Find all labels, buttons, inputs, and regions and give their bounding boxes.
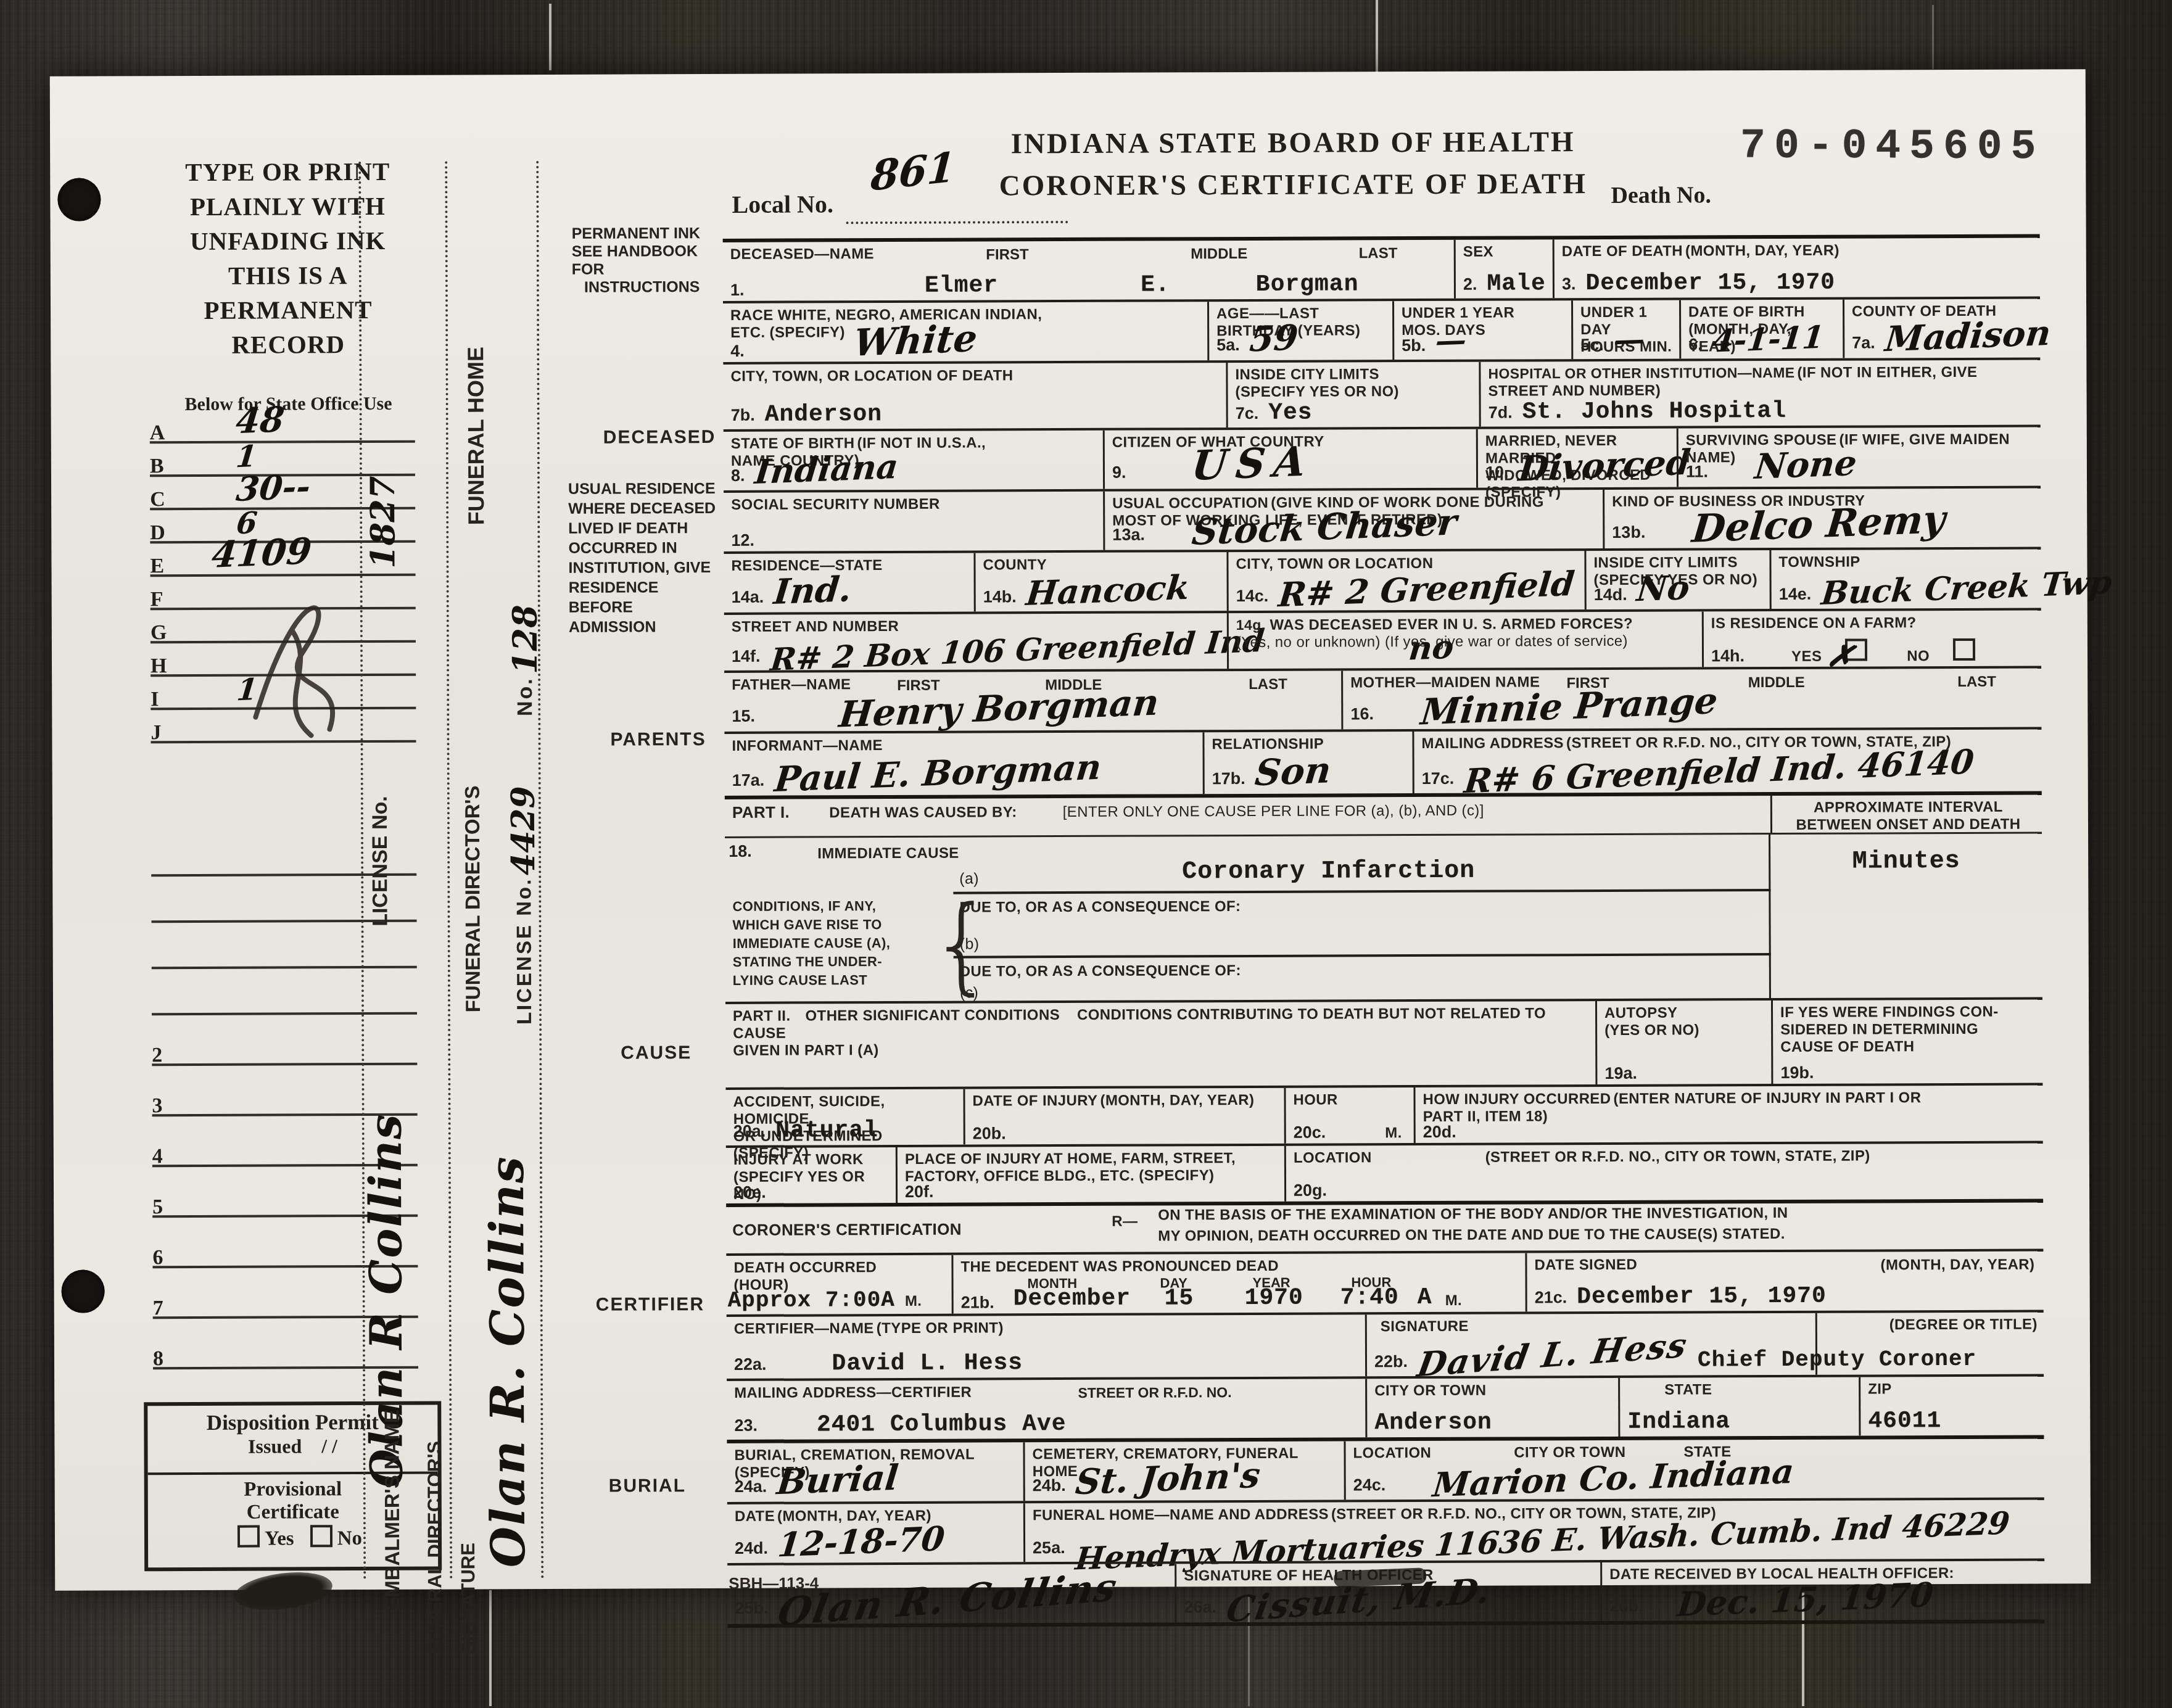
issued-slashes: / / — [321, 1435, 337, 1457]
field-age: AGE——LAST BIRTHDAY (YEARS) 5a.59 — [1207, 301, 1392, 360]
under-1-year-value: — — [1434, 321, 1468, 359]
residence-county-value: Hancock — [1025, 567, 1192, 613]
field-burial-location: LOCATION CITY OR TOWN STATE 24c.Marion C… — [1344, 1438, 2044, 1500]
field-number: 22a. — [734, 1355, 767, 1374]
field-number: 3. — [1562, 274, 1576, 294]
field-number: 2. — [1463, 275, 1477, 294]
injury-location-sublabel: (STREET OR R.F.D. NO., CITY OR TOWN, STA… — [1485, 1147, 1870, 1165]
part2-section: PART II. OTHER SIGNIFICANT CONDITIONS CO… — [725, 1001, 1595, 1087]
field-number: 7c. — [1236, 404, 1259, 423]
due-to-label: DUE TO, OR AS A CONSEQUENCE OF: — [960, 962, 1241, 980]
field-number: 24b. — [1033, 1476, 1066, 1495]
age-value: 59 — [1247, 317, 1300, 360]
row-part2-autopsy: PART II. OTHER SIGNIFICANT CONDITIONS CO… — [725, 997, 2042, 1087]
signature-label: SIGNATURE — [1381, 1318, 1469, 1335]
field-number: 5c. — [1580, 336, 1604, 355]
field-date-of-injury: DATE OF INJURY (MONTH, DAY, YEAR) 20b. — [963, 1088, 1284, 1145]
mailing-address-certifier-label: MAILING ADDRESS—CERTIFIER — [734, 1384, 972, 1401]
field-number: 14h. — [1711, 646, 1745, 666]
certifier-name-sublabel: (TYPE OR PRINT) — [877, 1319, 1004, 1337]
interval-label-line2: BETWEEN ONSET AND DEATH — [1796, 815, 2020, 833]
row-number: 3 — [152, 1094, 162, 1118]
immediate-cause-value: Coronary Infarction — [1182, 857, 1475, 886]
row-certifier-address: MAILING ADDRESS—CERTIFIER STREET OR R.F.… — [727, 1374, 2044, 1439]
field-number: 7d. — [1489, 403, 1513, 422]
field-number: 17b. — [1212, 769, 1245, 788]
cause-line-a: (a) Coronary Infarction — [953, 835, 1770, 894]
field-deceased-name: DECEASED—NAME FIRST MIDDLE LAST 1. Elmer… — [723, 240, 1454, 301]
funeral-director-license-value: 4429 — [505, 786, 543, 875]
field-armed-forces: 14g. WAS DECEASED EVER IN U. S. ARMED FO… — [1227, 611, 1702, 669]
funeral-director-signature-value: Olan R. Collins — [775, 1564, 1121, 1635]
degree-or-title-label: (DEGREE OR TITLE) — [1889, 1316, 2038, 1334]
usual-residence-line: WHERE DECEASED — [568, 498, 725, 519]
death-occurred-value: Approx 7:00A — [728, 1287, 895, 1313]
punch-hole — [57, 178, 101, 221]
row-burial-date-funeral-home: DATE (MONTH, DAY, YEAR) 24d.12-18-70 FUN… — [727, 1497, 2044, 1562]
yes-checkbox — [237, 1525, 260, 1548]
industry-value: Delco Remy — [1690, 497, 1947, 551]
residence-city-limits-value: No — [1635, 567, 1691, 609]
informant-address-label: MAILING ADDRESS — [1421, 735, 1564, 752]
residence-city-value: R# 2 Greenfield — [1276, 564, 1576, 615]
caused-by-label: DEATH WAS CAUSED BY: — [829, 804, 1017, 821]
row-burial: BURIAL, CREMATION, REMOVAL (SPECIFY) 24a… — [727, 1435, 2044, 1501]
dotted-divider — [445, 162, 452, 1580]
manner-value: Natural — [775, 1117, 878, 1144]
field-number: 7b. — [731, 406, 755, 425]
field-place-of-injury: PLACE OF INJURY AT HOME, FARM, STREET, F… — [896, 1146, 1284, 1203]
row-deceased-name: DECEASED—NAME FIRST MIDDLE LAST 1. Elmer… — [723, 238, 2040, 301]
field-residence-city-limits: INSIDE CITY LIMITS (SPECIFY YES OR NO) 1… — [1584, 550, 1769, 609]
field-street-number: STREET AND NUMBER 14f.R# 2 Box 106 Green… — [724, 613, 1227, 670]
permanent-ink-note: PERMANENT INK SEE HANDBOOK FOR INSTRUCTI… — [572, 225, 732, 297]
film-scratch — [489, 1590, 492, 1706]
autopsy-sublabel: (YES OR NO) — [1604, 1021, 1699, 1039]
field-state-of-birth: STATE OF BIRTH (IF NOT IN U.S.A., NAME C… — [724, 431, 1103, 490]
state-of-birth-value: Indiana — [753, 447, 899, 492]
field-race: RACE WHITE, NEGRO, AMERICAN INDIAN, ETC.… — [723, 302, 1207, 362]
pronounced-ampm: A — [1418, 1284, 1432, 1311]
field-number: 19a. — [1604, 1064, 1637, 1083]
field-under-1-day: UNDER 1 DAY HOURS MIN. 5c.— — [1571, 300, 1679, 360]
form-number: SBH—113-4 — [729, 1574, 819, 1593]
part2-label: PART II. — [733, 1008, 791, 1025]
field-informant-name: INFORMANT—NAME 17a.Paul E. Borgman — [724, 732, 1202, 796]
row-informant: INFORMANT—NAME 17a.Paul E. Borgman RELAT… — [724, 727, 2041, 796]
usual-residence-line: USUAL RESIDENCE — [568, 479, 725, 499]
usual-residence-line: LIVED IF DEATH — [568, 518, 725, 538]
field-city-of-death: CITY, TOWN, OR LOCATION OF DEATH 7b.Ande… — [723, 363, 1226, 429]
mother-name-value: Minnie Prange — [1419, 680, 1720, 733]
field-autopsy-findings: IF YES WERE FINDINGS CON- SIDERED IN DET… — [1771, 1000, 2042, 1084]
due-to-label: DUE TO, OR AS A CONSEQUENCE OF: — [959, 898, 1241, 916]
field-mother-name: MOTHER—MAIDEN NAME FIRST MIDDLE LAST 16.… — [1341, 669, 2041, 730]
form-title-line2: CORONER'S CERTIFICATE OF DEATH — [883, 167, 1703, 203]
farm-no-label: NO — [1907, 648, 1930, 665]
field-cemetery: CEMETERY, CREMATORY, FUNERAL HOME 24b.St… — [1023, 1441, 1344, 1501]
certifier-zip-value: 46011 — [1868, 1408, 1941, 1434]
a-label: (a) — [959, 870, 979, 888]
pronounced-day: 15 — [1165, 1285, 1194, 1311]
film-scratch — [549, 4, 551, 70]
sex-value: Male — [1487, 270, 1545, 297]
autopsy-label: AUTOPSY — [1604, 1005, 1677, 1021]
ink-instructions: TYPE OR PRINT PLAINLY WITH UNFADING INK … — [142, 154, 433, 363]
funeral-director-signature: Olan R. Collins — [479, 932, 536, 1567]
certification-text1: ON THE BASIS OF THE EXAMINATION OF THE B… — [1158, 1205, 1788, 1224]
row-manner-of-death: ACCIDENT, SUICIDE, HOMICIDE, OR UNDETERM… — [725, 1083, 2042, 1145]
field-number: 14e. — [1779, 585, 1812, 604]
date-signed-value: December 15, 1970 — [1577, 1283, 1827, 1310]
residence-state-value: Ind. — [772, 569, 853, 613]
date-signed-label: DATE SIGNED — [1534, 1256, 1637, 1274]
field-citizen-country: CITIZEN OF WHAT COUNTRY 9.USA — [1103, 429, 1476, 489]
no-label: No — [337, 1527, 362, 1549]
conditions-line: CONDITIONS, IF ANY, — [732, 897, 936, 916]
street-header: STREET OR R.F.D. NO. — [1078, 1384, 1231, 1401]
field-autopsy: AUTOPSY (YES OR NO) 19a. — [1595, 1000, 1771, 1084]
coroner-certification: CORONER'S CERTIFICATION R— ON THE BASIS … — [726, 1202, 2043, 1253]
field-number: 5a. — [1216, 336, 1240, 355]
city-or-town-header: CITY OR TOWN — [1374, 1382, 1486, 1400]
field-number: 24a. — [735, 1477, 767, 1496]
funeral-home-label: FUNERAL HOME — [463, 260, 490, 525]
field-number: 14d. — [1594, 585, 1627, 604]
date-signed-sublabel: (MONTH, DAY, YEAR) — [1881, 1256, 2035, 1274]
how-injury-sublabel: (ENTER NATURE OF INJURY IN PART I OR — [1613, 1089, 1921, 1107]
row-number: 6 — [152, 1246, 163, 1269]
pronounced-month: December — [1014, 1285, 1131, 1313]
field-number: 20g. — [1294, 1181, 1327, 1200]
death-no-stamp: 70-045605 — [1740, 122, 2045, 171]
row-value: 30-- — [234, 466, 312, 509]
farm-no-checkbox — [1953, 638, 1975, 661]
funeral-home-name-label: FUNERAL HOME—NAME AND ADDRESS — [1033, 1506, 1329, 1524]
place-of-injury-sublabel: AT HOME, FARM, STREET, — [1044, 1150, 1236, 1167]
field-number: 4. — [730, 342, 745, 361]
field-number: 21c. — [1535, 1288, 1567, 1307]
field-number: 14b. — [983, 587, 1017, 606]
row-cause-block: 18. IMMEDIATE CAUSE CONDITIONS, IF ANY, … — [725, 832, 2042, 1002]
issued-label: Issued — [248, 1435, 302, 1457]
informant-name-value: Paul E. Borgman — [772, 746, 1103, 800]
field-burial-date: DATE (MONTH, DAY, YEAR) 24d.12-18-70 — [727, 1503, 1023, 1563]
field-occupation: USUAL OCCUPATION (GIVE KIND OF WORK DONE… — [1103, 490, 1603, 550]
hour-label: HOUR — [1293, 1091, 1337, 1108]
field-number: 20e. — [733, 1183, 766, 1202]
row-residence: RESIDENCE—STATE 14a.Ind. COUNTY 14b.Hanc… — [724, 547, 2041, 613]
burial-location-value: Marion Co. Indiana — [1431, 1451, 1796, 1505]
conditions-line: STATING THE UNDER- — [733, 952, 936, 972]
burial-type-value: Burial — [775, 1457, 900, 1503]
burial-date-value: 12-18-70 — [776, 1519, 947, 1565]
certifier-title-value: Chief Deputy Coroner — [1698, 1347, 1976, 1373]
field-manner: ACCIDENT, SUICIDE, HOMICIDE, OR UNDETERM… — [725, 1089, 963, 1145]
findings-line: IF YES WERE FINDINGS CON- — [1780, 1004, 1999, 1021]
instruction-line: PERMANENT — [143, 292, 433, 328]
certification-label: CORONER'S CERTIFICATION — [732, 1220, 962, 1239]
row-letter: J — [151, 721, 161, 745]
field-injury-at-work: INJURY AT WORK (SPECIFY YES OR NO) 20e. — [726, 1147, 896, 1203]
pronounced-dead-label: THE DECEDENT WAS PRONOUNCED DEAD — [960, 1258, 1279, 1276]
field-number: 24d. — [735, 1539, 768, 1558]
field-number: 20b. — [973, 1124, 1006, 1143]
marital-value: Divorced — [1516, 442, 1692, 489]
field-date-received: DATE RECEIVED BY LOCAL HEALTH OFFICER: 2… — [1600, 1561, 2044, 1621]
informant-name-label: INFORMANT—NAME — [732, 737, 882, 754]
field-funeral-home: FUNERAL HOME—NAME AND ADDRESS (STREET OR… — [1023, 1500, 2044, 1562]
embalmer-license-number-label: LICENSE No. — [368, 575, 393, 926]
conditions-line: WHICH GAVE RISE TO — [732, 915, 936, 934]
armed-forces-value: no — [1407, 628, 1456, 667]
embalmer-license-number-value: 1827 — [362, 384, 402, 569]
film-scan-background: TYPE OR PRINT PLAINLY WITH UNFADING INK … — [0, 0, 2172, 1708]
death-no-label: Death No. — [1611, 181, 1711, 209]
section-label-cause: CAUSE — [621, 1042, 692, 1063]
field-number: 7a. — [1852, 333, 1875, 352]
citizen-value: USA — [1189, 437, 1316, 490]
section-label-usual-residence: USUAL RESIDENCE WHERE DECEASED LIVED IF … — [568, 479, 726, 637]
deceased-name-value: 1. Elmer E. Borgman — [730, 278, 1450, 300]
field-number: 17a. — [732, 771, 765, 790]
section-label-certifier: CERTIFIER — [596, 1294, 704, 1316]
m-label: M. — [1445, 1292, 1463, 1310]
funeral-director-signature-label1: FUNERAL DIRECTOR'S — [423, 1364, 447, 1654]
race-value: White — [852, 317, 980, 365]
field-injury-location: LOCATION (STREET OR R.F.D. NO., CITY OR … — [1284, 1143, 2043, 1201]
field-number: 18. — [729, 842, 752, 861]
certifier-name-label: CERTIFIER—NAME — [734, 1320, 874, 1337]
spouse-value: None — [1753, 443, 1859, 488]
township-label: TOWNSHIP — [1778, 554, 1860, 571]
field-number: 16. — [1350, 704, 1374, 724]
section-label-parents: PARENTS — [610, 729, 706, 751]
part1-label: PART I. — [732, 803, 790, 822]
conditions-line: IMMEDIATE CAUSE (A), — [733, 934, 936, 953]
field-how-injury-occurred: HOW INJURY OCCURRED (ENTER NATURE OF INJ… — [1413, 1085, 2042, 1143]
field-number: 25a. — [1033, 1538, 1065, 1557]
field-township: TOWNSHIP 14e.Buck Creek Twp — [1769, 550, 2041, 609]
no-checkbox — [310, 1525, 332, 1547]
field-number: 14c. — [1236, 587, 1269, 606]
field-county-of-death: COUNTY OF DEATH 7a.Madison — [1843, 299, 2040, 358]
cause-line-c: DUE TO, OR AS A CONSEQUENCE OF: (c) — [954, 955, 1771, 1004]
row-number: 4 — [152, 1145, 163, 1168]
permanent-ink-line: SEE HANDBOOK FOR — [572, 242, 732, 279]
row-place-of-death: CITY, TOWN, OR LOCATION OF DEATH 7b.Ande… — [723, 358, 2040, 429]
row-number: 5 — [152, 1195, 163, 1219]
immediate-cause-label: IMMEDIATE CAUSE — [817, 845, 959, 863]
city-of-death-label: CITY, TOWN, OR LOCATION OF DEATH — [730, 367, 1013, 385]
other-conditions-label: OTHER SIGNIFICANT CONDITIONS — [805, 1007, 1060, 1024]
given-in-part1-label: GIVEN IN PART I (A) — [733, 1042, 879, 1059]
ink-scribble — [236, 556, 373, 742]
last-header: LAST — [1359, 245, 1398, 262]
certification-r: R— — [1112, 1213, 1138, 1231]
cemetery-value: St. John's — [1073, 1455, 1262, 1503]
date-of-birth-label: DATE OF BIRTH — [1688, 303, 1805, 321]
row-number: 8 — [153, 1347, 163, 1371]
field-residence-city: CITY, TOWN OR LOCATION 14c.R# 2 Greenfie… — [1226, 551, 1584, 611]
cause-left-column: 18. IMMEDIATE CAUSE CONDITIONS, IF ANY, … — [725, 838, 954, 1002]
certifier-state-value: Indiana — [1627, 1408, 1730, 1435]
field-health-officer-signature: SIGNATURE OF HEALTH OFFICER 26a.Cissuit,… — [1175, 1562, 1600, 1622]
row-part1-header: PART I. DEATH WAS CAUSED BY: [ENTER ONLY… — [725, 791, 2042, 836]
certifier-city-value: Anderson — [1374, 1409, 1492, 1437]
field-funeral-director-signature: 25b.Olan R. Collins — [727, 1564, 1175, 1624]
under-1-day-value: — — [1612, 321, 1646, 358]
instruction-line: PLAINLY WITH — [142, 189, 432, 225]
film-scratch — [1376, 0, 1378, 73]
race-sublabel: ETC. (SPECIFY) — [730, 324, 845, 341]
local-no-label: Local No. — [732, 189, 833, 219]
date-received-value: Dec. 15, 1970 — [1675, 1575, 1935, 1624]
certifier-street-value: 2401 Columbus Ave — [817, 1411, 1067, 1438]
field-number: 10. — [1485, 463, 1509, 482]
field-certifier-signature: SIGNATURE 22b. David L. Hess Chief Deput… — [1365, 1313, 1815, 1377]
field-number: 1. — [730, 281, 745, 300]
field-number: 13b. — [1612, 523, 1645, 542]
field-number: 13a. — [1112, 526, 1145, 545]
ssn-label: SOCIAL SECURITY NUMBER — [731, 496, 940, 513]
date-of-death-value: December 15, 1970 — [1585, 270, 1835, 297]
field-date-signed: DATE SIGNED (MONTH, DAY, YEAR) 21c.Decem… — [1525, 1251, 2043, 1311]
interval-value: Minutes — [1770, 848, 2042, 877]
last-name-value: Borgman — [1256, 271, 1359, 298]
field-number: 20f. — [905, 1182, 934, 1202]
findings-line: SIDERED IN DETERMINING — [1780, 1021, 1978, 1038]
date-of-death-label: DATE OF DEATH — [1562, 243, 1683, 260]
occupation-value: Stock Chaser — [1190, 501, 1459, 553]
field-number: 9. — [1112, 463, 1126, 482]
field-surviving-spouse: SURVIVING SPOUSE (IF WIFE, GIVE MAIDEN N… — [1677, 427, 2041, 487]
row-ssn-occupation: SOCIAL SECURITY NUMBER 12. USUAL OCCUPAT… — [724, 486, 2041, 551]
interval-header: APPROXIMATE INTERVAL BETWEEN ONSET AND D… — [1770, 795, 2042, 833]
row-number: 2 — [152, 1044, 162, 1067]
instruction-line: TYPE OR PRINT — [142, 154, 432, 190]
field-certifier-state: STATE Indiana — [1618, 1377, 1859, 1437]
m-label: M. — [905, 1293, 922, 1310]
field-number: 22b. — [1374, 1352, 1408, 1371]
field-date-of-birth: DATE OF BIRTH (MONTH, DAY, YEAR) 6.4-1-1… — [1679, 300, 1843, 359]
field-number: 14f. — [732, 647, 761, 666]
date-of-injury-sublabel: (MONTH, DAY, YEAR) — [1100, 1092, 1254, 1109]
pronounced-year: 1970 — [1245, 1285, 1303, 1311]
field-number: 21b. — [961, 1293, 994, 1312]
first-name-value: Elmer — [925, 272, 998, 299]
city-limits-sublabel: (SPECIFY YES OR NO) — [1235, 383, 1399, 400]
field-date-of-death: DATE OF DEATH (MONTH, DAY, YEAR) 3.Decem… — [1553, 238, 2040, 299]
field-residence-county: COUNTY 14b.Hancock — [973, 552, 1226, 611]
section-label-deceased: DECEASED — [603, 427, 716, 448]
usual-residence-line: RESIDENCE BEFORE — [569, 577, 726, 617]
field-number: 20d. — [1423, 1123, 1456, 1142]
field-number: 26b. — [1609, 1597, 1643, 1616]
usual-residence-line: ADMISSION — [569, 617, 726, 637]
date-of-birth-value: 4-1-11 — [1711, 318, 1826, 359]
field-number: 19b. — [1780, 1063, 1814, 1083]
certifier-name-value: David L. Hess — [832, 1350, 1023, 1377]
city-limits-label: INSIDE CITY LIMITS — [1235, 366, 1379, 383]
interval-column: Minutes — [1769, 834, 2042, 999]
township-value: Buck Creek Twp — [1819, 564, 2113, 613]
enter-one-cause-note: [ENTER ONLY ONE CAUSE PER LINE FOR (a), … — [1063, 802, 1484, 820]
row-pronounced-dead: DEATH OCCURRED (HOUR) Approx 7:00AM. THE… — [726, 1248, 2043, 1314]
row-certifier: CERTIFIER—NAME (TYPE OR PRINT) 22a.David… — [727, 1310, 2044, 1378]
city-limits-value: Yes — [1268, 400, 1313, 426]
conditions-note: CONDITIONS, IF ANY, WHICH GAVE RISE TO I… — [732, 897, 936, 990]
yes-label: Yes — [265, 1527, 294, 1549]
row-parents: FATHER—NAME FIRST MIDDLE LAST 15.Henry B… — [724, 666, 2041, 732]
first-header: FIRST — [986, 246, 1028, 263]
row-coroner-certification: CORONER'S CERTIFICATION R— ON THE BASIS … — [726, 1198, 2043, 1253]
row-race-age-birth: RACE WHITE, NEGRO, AMERICAN INDIAN, ETC.… — [723, 297, 2040, 362]
field-residence-state: RESIDENCE—STATE 14a.Ind. — [724, 553, 973, 613]
field-death-occurred-hour: DEATH OCCURRED (HOUR) Approx 7:00AM. — [726, 1255, 951, 1314]
field-residence-on-farm: IS RESIDENCE ON A FARM? 14h. YES NO ✗ — [1702, 611, 2041, 667]
middle-header: MIDDLE — [1191, 245, 1247, 263]
instruction-line: THIS IS A — [143, 258, 433, 294]
cause-line-b: DUE TO, OR AS A CONSEQUENCE OF: (b) — [953, 891, 1770, 959]
cause-lines: (a) Coronary Infarction DUE TO, OR AS A … — [953, 835, 1771, 1001]
field-number: 15. — [732, 707, 755, 726]
relationship-value: Son — [1253, 749, 1333, 794]
deceased-name-label: DECEASED—NAME — [730, 245, 874, 263]
field-number: 20a. — [733, 1122, 766, 1141]
field-burial-type: BURIAL, CREMATION, REMOVAL (SPECIFY) 24a… — [727, 1442, 1023, 1502]
field-informant-address: MAILING ADDRESS (STREET OR R.F.D. NO., C… — [1412, 730, 2041, 794]
interval-label-line1: APPROXIMATE INTERVAL — [1814, 799, 2003, 816]
field-pronounced-dead: THE DECEDENT WAS PRONOUNCED DEAD MONTH D… — [951, 1253, 1525, 1313]
certificate-paper: TYPE OR PRINT PLAINLY WITH UNFADING INK … — [50, 69, 2091, 1591]
field-number: 5b. — [1402, 336, 1426, 355]
death-occurred-label: DEATH OCCURRED — [733, 1259, 877, 1276]
row-number: 7 — [153, 1297, 163, 1320]
usual-residence-line: OCCURRED IN — [568, 538, 725, 558]
embalmer-name-label: EMBALMER'S NAME — [380, 1352, 404, 1611]
part1-header: PART I. DEATH WAS CAUSED BY: [ENTER ONLY… — [725, 796, 1770, 836]
place-of-injury-label: PLACE OF INJURY — [905, 1150, 1041, 1168]
field-inside-city-limits: INSIDE CITY LIMITS (SPECIFY YES OR NO) 7… — [1226, 362, 1479, 427]
row-street-armedforces-farm: STREET AND NUMBER 14f.R# 2 Box 106 Green… — [724, 608, 2041, 670]
field-number: 20c. — [1294, 1123, 1326, 1142]
field-number: 8. — [731, 466, 745, 485]
row-value: 48 — [234, 399, 286, 442]
field-sex: SEX 2.Male — [1454, 239, 1553, 299]
certificate-form-grid: DECEASED—NAME FIRST MIDDLE LAST 1. Elmer… — [723, 234, 2045, 1628]
field-number: 11. — [1686, 462, 1708, 481]
field-number: 12. — [731, 531, 754, 550]
findings-line: CAUSE OF DEATH — [1780, 1038, 1914, 1055]
zip-header: ZIP — [1868, 1380, 1892, 1397]
permanent-ink-line: INSTRUCTIONS — [572, 278, 732, 297]
field-certifier-city: CITY OR TOWN Anderson — [1365, 1378, 1618, 1437]
injury-at-work-label: INJURY AT WORK — [733, 1151, 864, 1168]
film-scratch — [1932, 5, 1934, 69]
certification-text2: MY OPINION, DEATH OCCURRED ON THE DATE A… — [1158, 1226, 1785, 1245]
punch-hole — [61, 1269, 104, 1313]
farm-label: IS RESIDENCE ON A FARM? — [1711, 614, 1917, 632]
under-1-year-label: UNDER 1 YEAR — [1402, 304, 1514, 321]
c-label: (c) — [960, 984, 978, 1002]
permanent-ink-line: PERMANENT INK — [572, 225, 732, 243]
field-number: 26a. — [1184, 1598, 1216, 1617]
m-label: M. — [1385, 1124, 1402, 1142]
row-injury-place: INJURY AT WORK (SPECIFY YES OR NO) 20e. … — [726, 1141, 2043, 1203]
conditions-line: LYING CAUSE LAST — [733, 971, 936, 990]
field-number: 6. — [1688, 335, 1703, 354]
